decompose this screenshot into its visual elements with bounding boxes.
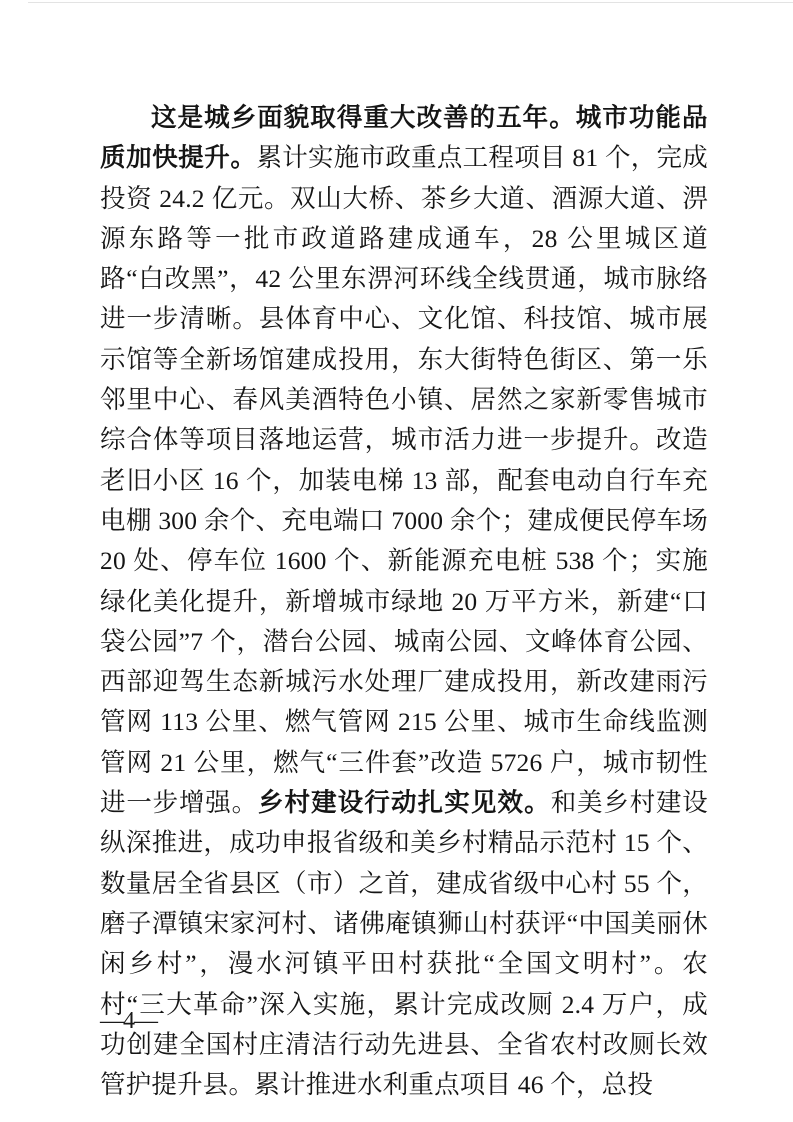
body-text-rural-achievements: 和美乡村建设纵深推进，成功申报省级和美乡村精品示范村 15 个、数量居全省县区（…: [100, 788, 708, 1099]
topic-sentence-rural-construction: 乡村建设行动扎实见效。: [258, 788, 551, 817]
body-paragraph: 这是城乡面貌取得重大改善的五年。城市功能品质加快提升。累计实施市政重点工程项目 …: [100, 98, 708, 1105]
scan-artifact-line: [28, 2, 793, 3]
page-content: 这是城乡面貌取得重大改善的五年。城市功能品质加快提升。累计实施市政重点工程项目 …: [100, 98, 708, 1105]
body-text-urban-achievements: 累计实施市政重点工程项目 81 个，完成投资 24.2 亿元。双山大桥、茶乡大道…: [100, 143, 708, 817]
document-page: 这是城乡面貌取得重大改善的五年。城市功能品质加快提升。累计实施市政重点工程项目 …: [0, 0, 793, 1122]
lead-sentence-bold: 这是城乡面貌取得重大改善的五年。: [151, 104, 576, 132]
page-number: —4—: [100, 1006, 157, 1036]
